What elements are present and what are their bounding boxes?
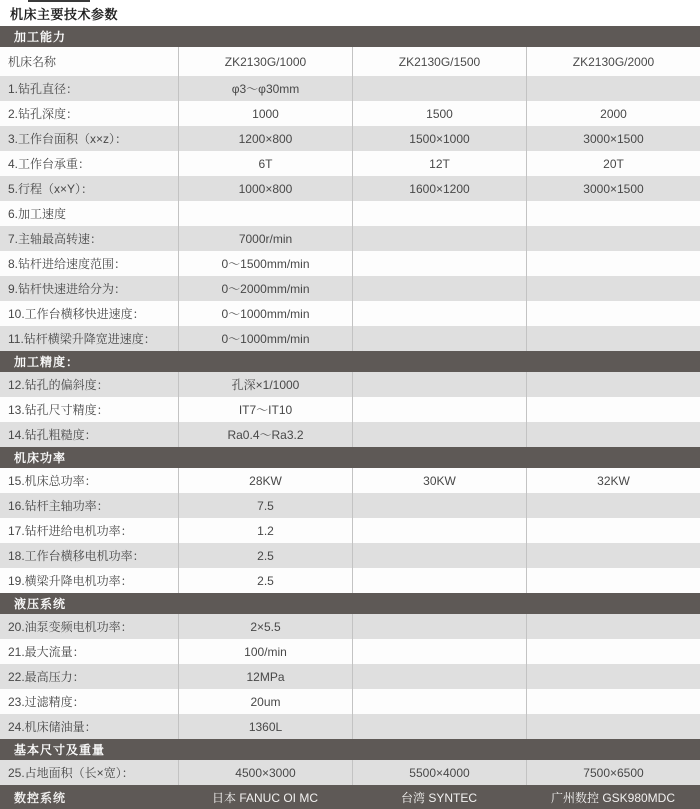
cell-value (526, 493, 700, 518)
cell-value: 0～1000mm/min (178, 326, 352, 351)
row-label: 22.最高压力： (0, 664, 178, 689)
cell-value: 0～1500mm/min (178, 251, 352, 276)
table-row: 6.加工速度 (0, 201, 700, 226)
cell-value (352, 639, 526, 664)
row-label: 25.占地面积（长×宽）： (0, 760, 178, 785)
cell-value (526, 568, 700, 593)
table-row: 2.钻孔深度：100015002000 (0, 101, 700, 126)
table-row: 8.钻杆进给速度范围：0～1500mm/min (0, 251, 700, 276)
row-label: 18.工作台横移电机功率： (0, 543, 178, 568)
cell-value (352, 276, 526, 301)
cell-value: 4500×3000 (178, 760, 352, 785)
row-label: 7.主轴最高转速： (0, 226, 178, 251)
cell-value: 1000×800 (178, 176, 352, 201)
cell-value (352, 568, 526, 593)
row-label: 12.钻孔的偏斜度： (0, 372, 178, 397)
row-label: 17.钻杆进给电机功率： (0, 518, 178, 543)
table-row: 3.工作台面积（x×z）：1200×8001500×10003000×1500 (0, 126, 700, 151)
row-label: 23.过滤精度： (0, 689, 178, 714)
row-label: 19.横梁升降电机功率： (0, 568, 178, 593)
table-row: 5.行程（x×Y）：1000×8001600×12003000×1500 (0, 176, 700, 201)
cell-value (526, 543, 700, 568)
cnc-system-row: 数控系统日本 FANUC OI MC台湾 SYNTEC广州数控 GSK980MD… (0, 785, 700, 809)
cell-value: 7000r/min (178, 226, 352, 251)
row-label: 4.工作台承重： (0, 151, 178, 176)
cell-value (178, 201, 352, 226)
row-label: 1.钻孔直径： (0, 76, 178, 101)
cell-value (352, 251, 526, 276)
row-label: 20.油泵变频电机功率： (0, 614, 178, 639)
table-row: 16.钻杆主轴功率：7.5 (0, 493, 700, 518)
cell-value: Ra0.4～Ra3.2 (178, 422, 352, 447)
cell-value: 20T (526, 151, 700, 176)
cell-value (526, 201, 700, 226)
row-label: 11.钻杆横梁升降宽进速度： (0, 326, 178, 351)
table-row: 1.钻孔直径：φ3～φ30mm (0, 76, 700, 101)
spec-table: 加工能力机床名称ZK2130G/1000ZK2130G/1500ZK2130G/… (0, 26, 700, 809)
cell-value: 7500×6500 (526, 760, 700, 785)
row-label: 21.最大流量： (0, 639, 178, 664)
model-name: ZK2130G/1000 (178, 47, 352, 76)
table-row: 12.钻孔的偏斜度：孔深×1/1000 (0, 372, 700, 397)
cnc-system-value: 台湾 SYNTEC (352, 785, 526, 809)
row-label: 15.机床总功率： (0, 468, 178, 493)
cell-value (352, 518, 526, 543)
table-row: 24.机床储油量：1360L (0, 714, 700, 739)
row-label: 13.钻孔尺寸精度： (0, 397, 178, 422)
row-label: 10.工作台横移快进速度： (0, 301, 178, 326)
cell-value (352, 664, 526, 689)
machine-name-label: 机床名称 (0, 47, 178, 76)
cell-value: 孔深×1/1000 (178, 372, 352, 397)
cell-value (352, 326, 526, 351)
cell-value: 12T (352, 151, 526, 176)
cell-value: 0～1000mm/min (178, 301, 352, 326)
section-bar: 加工精度： (0, 351, 700, 372)
model-name: ZK2130G/1500 (352, 47, 526, 76)
cell-value (526, 326, 700, 351)
cell-value: 12MPa (178, 664, 352, 689)
table-row: 13.钻孔尺寸精度：IT7～IT10 (0, 397, 700, 422)
table-row: 9.钻杆快速进给分为：0～2000mm/min (0, 276, 700, 301)
cell-value (352, 301, 526, 326)
cell-value (352, 422, 526, 447)
cell-value (526, 251, 700, 276)
cell-value: 2×5.5 (178, 614, 352, 639)
cell-value (352, 226, 526, 251)
machine-name-header-row: 机床名称ZK2130G/1000ZK2130G/1500ZK2130G/2000 (0, 47, 700, 76)
cell-value (352, 76, 526, 101)
cell-value: 3000×1500 (526, 126, 700, 151)
cell-value: 30KW (352, 468, 526, 493)
table-row: 25.占地面积（长×宽）：4500×30005500×40007500×6500 (0, 760, 700, 785)
row-label: 16.钻杆主轴功率： (0, 493, 178, 518)
table-row: 14.钻孔粗糙度：Ra0.4～Ra3.2 (0, 422, 700, 447)
row-label: 8.钻杆进给速度范围： (0, 251, 178, 276)
cell-value: 3000×1500 (526, 176, 700, 201)
cell-value: 1.2 (178, 518, 352, 543)
table-row: 18.工作台横移电机功率：2.5 (0, 543, 700, 568)
table-row: 7.主轴最高转速：7000r/min (0, 226, 700, 251)
cell-value: 1200×800 (178, 126, 352, 151)
section-bar: 基本尺寸及重量 (0, 739, 700, 760)
table-row: 19.横梁升降电机功率：2.5 (0, 568, 700, 593)
cell-value: 2.5 (178, 543, 352, 568)
cell-value (352, 372, 526, 397)
cell-value: 1600×1200 (352, 176, 526, 201)
table-row: 22.最高压力：12MPa (0, 664, 700, 689)
cell-value (526, 372, 700, 397)
cell-value: IT7～IT10 (178, 397, 352, 422)
row-label: 3.工作台面积（x×z）： (0, 126, 178, 151)
cell-value: 2.5 (178, 568, 352, 593)
cell-value (526, 226, 700, 251)
cell-value (526, 276, 700, 301)
cell-value: 28KW (178, 468, 352, 493)
table-row: 10.工作台横移快进速度：0～1000mm/min (0, 301, 700, 326)
cell-value: 0～2000mm/min (178, 276, 352, 301)
table-row: 21.最大流量：100/min (0, 639, 700, 664)
cell-value: 7.5 (178, 493, 352, 518)
cell-value (526, 422, 700, 447)
cell-value (526, 714, 700, 739)
row-label: 2.钻孔深度： (0, 101, 178, 126)
cell-value: 2000 (526, 101, 700, 126)
cell-value (352, 493, 526, 518)
cell-value: 1360L (178, 714, 352, 739)
model-name: ZK2130G/2000 (526, 47, 700, 76)
cell-value (352, 714, 526, 739)
cnc-system-value: 日本 FANUC OI MC (178, 785, 352, 809)
table-row: 20.油泵变频电机功率：2×5.5 (0, 614, 700, 639)
cell-value: 1000 (178, 101, 352, 126)
row-label: 14.钻孔粗糙度： (0, 422, 178, 447)
cell-value (526, 397, 700, 422)
table-row: 15.机床总功率：28KW30KW32KW (0, 468, 700, 493)
table-row: 4.工作台承重：6T12T20T (0, 151, 700, 176)
cnc-system-value: 广州数控 GSK980MDC (526, 785, 700, 809)
section-bar: 液压系统 (0, 593, 700, 614)
cropped-content-fragment (28, 0, 90, 2)
cell-value (526, 301, 700, 326)
table-row: 17.钻杆进给电机功率：1.2 (0, 518, 700, 543)
cell-value: 1500 (352, 101, 526, 126)
cell-value: φ3～φ30mm (178, 76, 352, 101)
cell-value: 1500×1000 (352, 126, 526, 151)
row-label: 5.行程（x×Y）： (0, 176, 178, 201)
cell-value: 32KW (526, 468, 700, 493)
cell-value (526, 664, 700, 689)
section-bar: 机床功率 (0, 447, 700, 468)
cell-value (352, 397, 526, 422)
table-row: 11.钻杆横梁升降宽进速度：0～1000mm/min (0, 326, 700, 351)
table-row: 23.过滤精度：20um (0, 689, 700, 714)
row-label: 24.机床储油量： (0, 714, 178, 739)
cell-value (526, 639, 700, 664)
section-bar: 加工能力 (0, 26, 700, 47)
cell-value (526, 689, 700, 714)
row-label: 9.钻杆快速进给分为： (0, 276, 178, 301)
cell-value (352, 614, 526, 639)
title-block: 机床主要技术参数 (0, 0, 700, 26)
cell-value (526, 518, 700, 543)
cell-value: 5500×4000 (352, 760, 526, 785)
cell-value: 100/min (178, 639, 352, 664)
spec-sheet-page: 机床主要技术参数 加工能力机床名称ZK2130G/1000ZK2130G/150… (0, 0, 700, 809)
row-label: 6.加工速度 (0, 201, 178, 226)
cell-value (526, 614, 700, 639)
cell-value: 6T (178, 151, 352, 176)
cnc-system-label: 数控系统 (0, 785, 178, 809)
cell-value (352, 201, 526, 226)
cell-value (352, 689, 526, 714)
cell-value (352, 543, 526, 568)
page-title: 机床主要技术参数 (10, 4, 118, 23)
cell-value: 20um (178, 689, 352, 714)
cell-value (526, 76, 700, 101)
